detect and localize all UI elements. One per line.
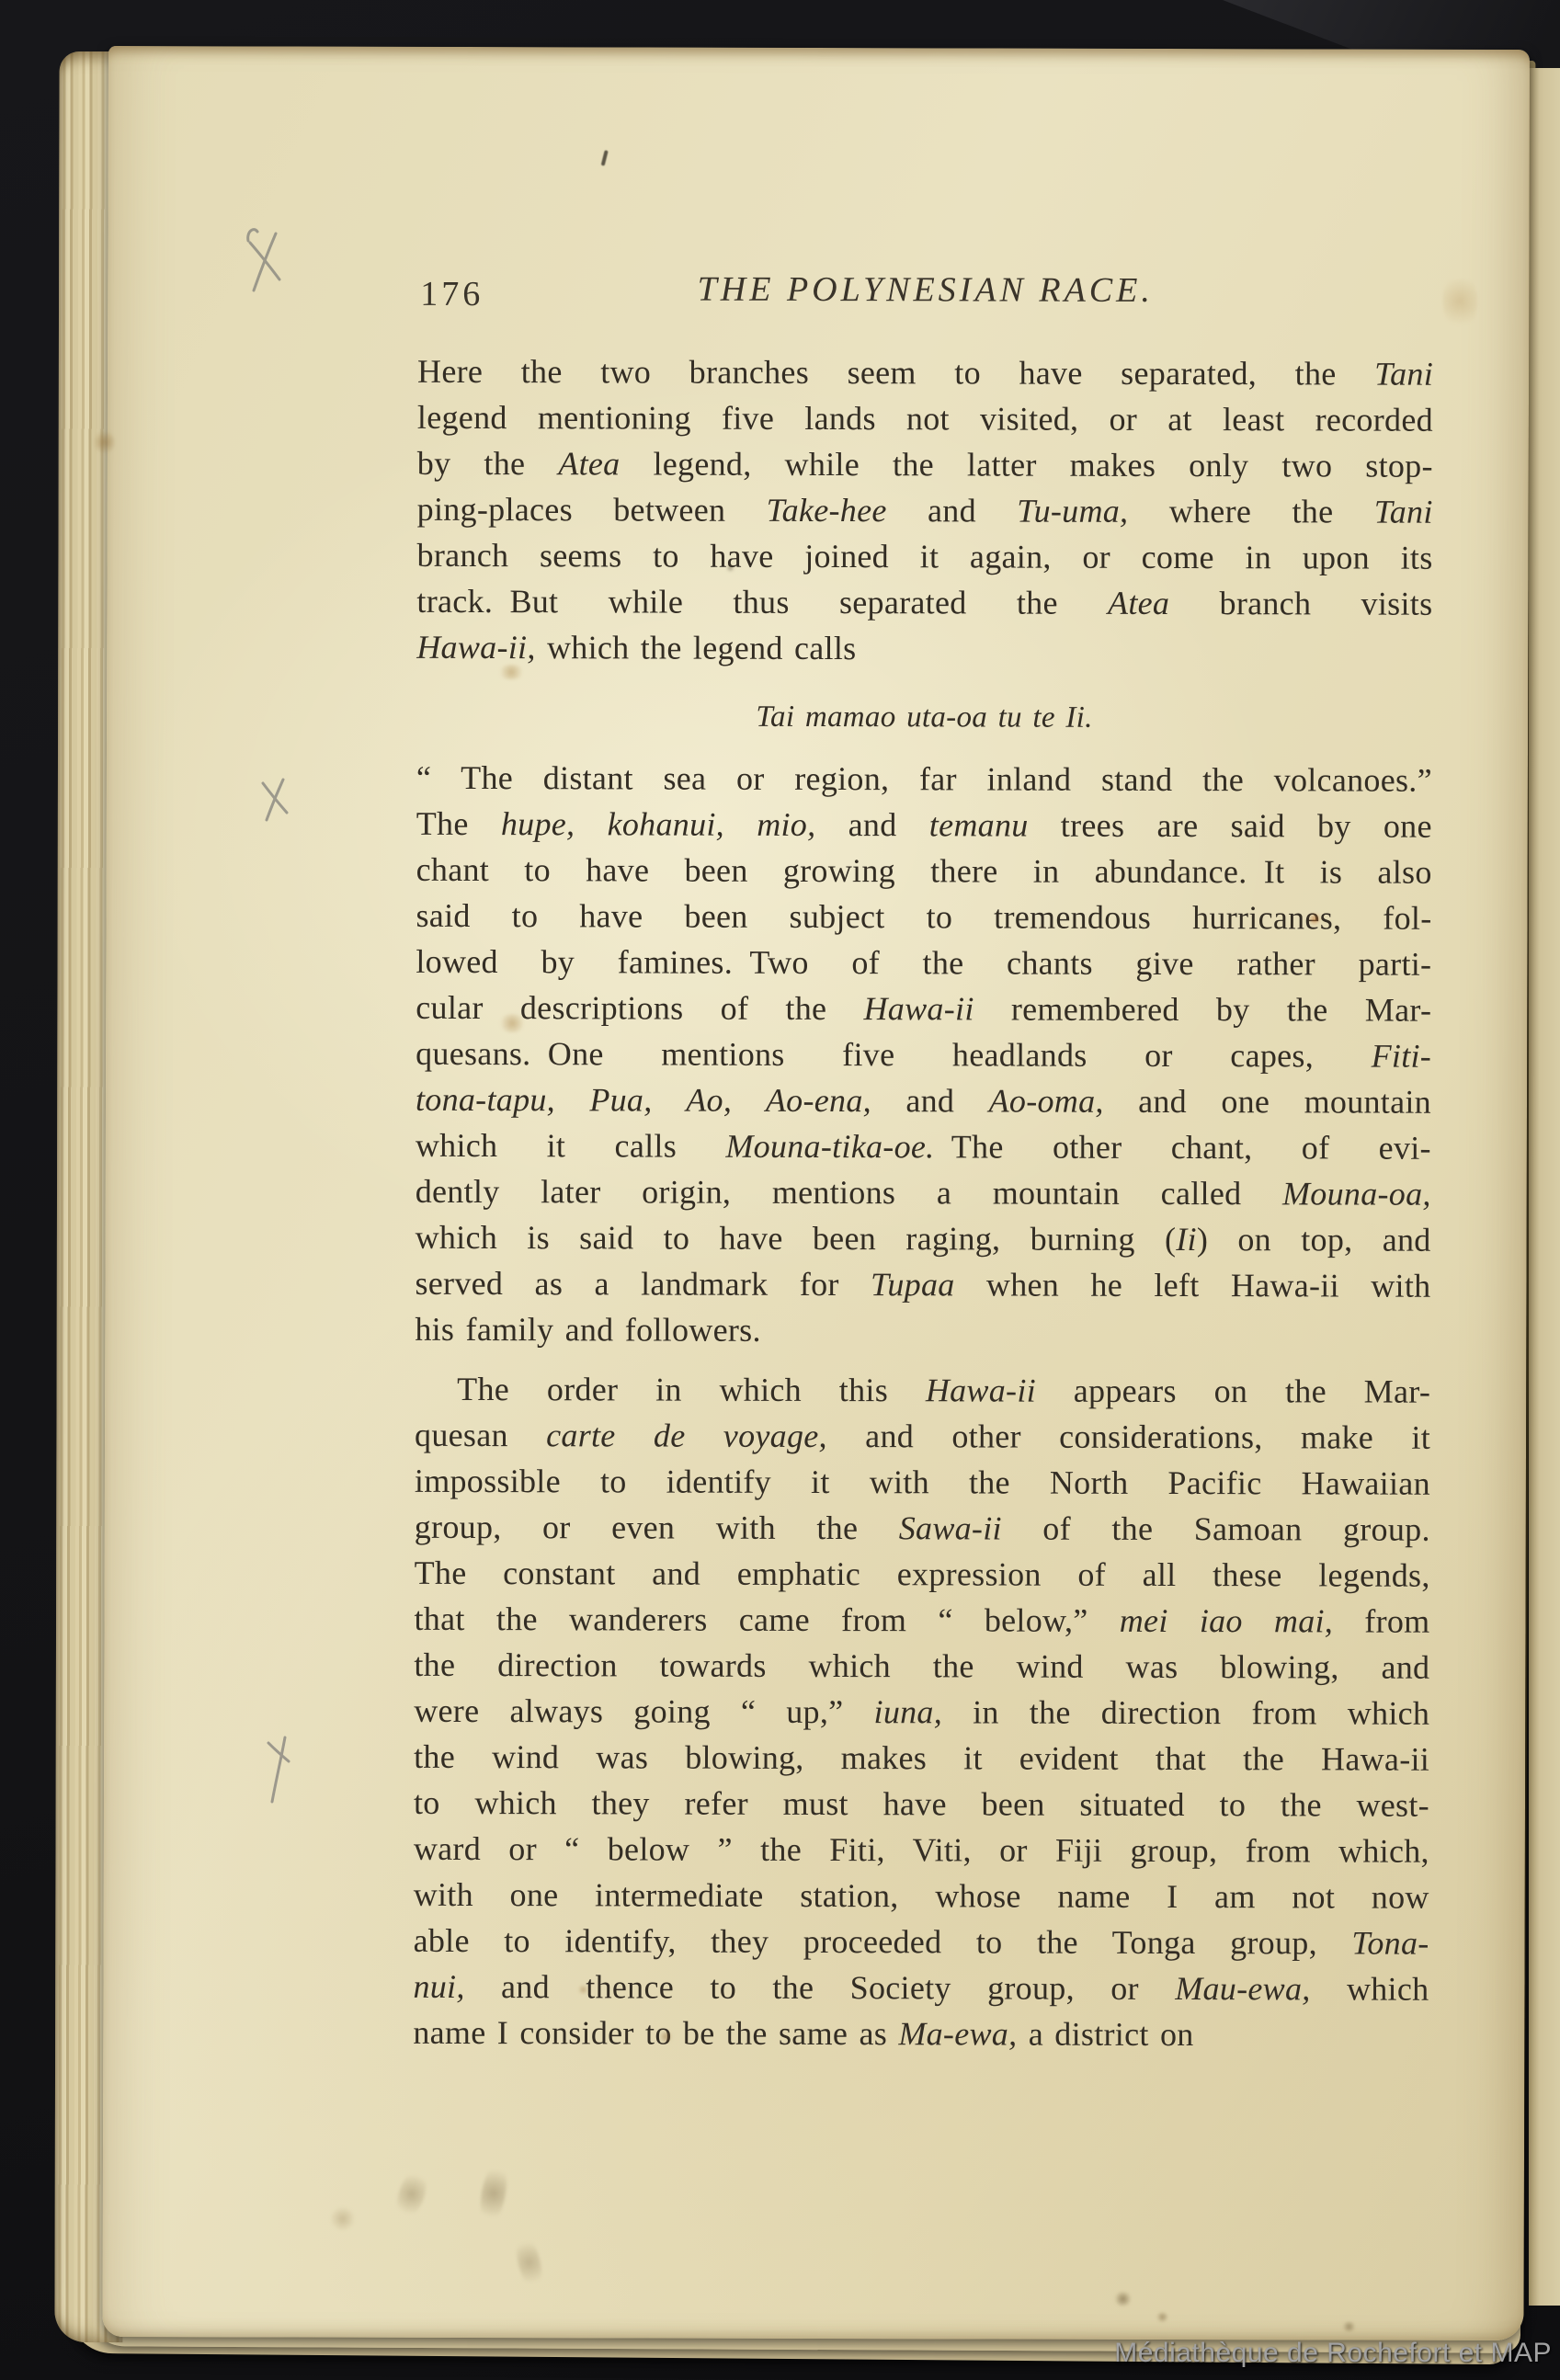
text-line: quesans. One mentions five headlands or … [416, 1031, 1431, 1079]
text-line: Tai mamao uta-oa tu te Ii. [416, 693, 1432, 742]
photo-backdrop: 176 THE POLYNESIAN RACE. Here the two br… [0, 0, 1560, 2380]
text-segment: and [815, 806, 928, 843]
text-segment: to which they refer must have been situa… [414, 1784, 1429, 1824]
text-segment: which it calls [416, 1127, 726, 1165]
text-segment: Tu-uma, [1017, 493, 1128, 530]
text-line: name I consider to be the same as Ma-ewa… [413, 2010, 1429, 2058]
smudge-stain [329, 2207, 357, 2231]
text-line: group, or even with the Sawa-ii of the S… [415, 1504, 1430, 1553]
text-line: ping-places between Take-hee and Tu-uma,… [417, 486, 1433, 535]
text-segment: “ The distant sea or region, far inland … [416, 759, 1432, 799]
text-line: the direction towards which the wind was… [414, 1642, 1429, 1691]
text-segment: and thence to the Society group, or [465, 1968, 1176, 2007]
text-segment: ) on top, and [1197, 1221, 1431, 1258]
text-segment: were always going “ up,” [414, 1692, 873, 1730]
text-segment: Atea [558, 445, 620, 482]
chant-line: Tai mamao uta-oa tu te Ii. [416, 693, 1432, 742]
text-line: cular descriptions of the Hawa-ii rememb… [416, 985, 1431, 1033]
text-segment: Tani [1374, 356, 1433, 393]
text-segment: hupe, kohanui, mio, [501, 805, 816, 843]
paragraph: The order in which this Hawa-ii appears … [413, 1366, 1430, 2058]
text-segment: The constant and emphatic expression of … [415, 1554, 1430, 1594]
text-segment: Ii [1176, 1221, 1197, 1258]
text-line: which is said to have been raging, burni… [416, 1214, 1431, 1263]
text-segment: lowed by famines. Two of the chants give… [416, 943, 1431, 983]
text-segment: cular descriptions of the [416, 989, 863, 1027]
text-segment: dently later origin, mentions a mountain… [416, 1173, 1282, 1212]
running-title: THE POLYNESIAN RACE. [417, 268, 1433, 312]
facing-page-sliver [1529, 68, 1560, 2306]
text-line: legend mentioning five lands not visited… [417, 394, 1433, 443]
text-segment: temanu [929, 806, 1029, 843]
foxing-spot [1156, 2312, 1169, 2322]
text-segment: and [887, 492, 1018, 529]
page-header: 176 THE POLYNESIAN RACE. [417, 268, 1433, 326]
text-segment: group, or even with the [415, 1509, 899, 1546]
foxing-spot [1341, 2321, 1356, 2331]
text-line: ward or “ below ” the Fiti, Viti, or Fij… [414, 1826, 1429, 1874]
foxing-spot [577, 1985, 588, 1994]
text-segment: Mau-ewa, [1175, 1970, 1310, 2007]
text-segment: Tupaa [871, 1266, 955, 1303]
text-segment: iuna, [873, 1693, 942, 1730]
text-segment: Ao-oma, [989, 1082, 1104, 1119]
text-segment: the direction towards which the wind was… [414, 1646, 1429, 1686]
text-line: able to identify, they proceeded to the … [414, 1918, 1429, 1966]
text-segment: trees are said by one [1029, 807, 1432, 845]
text-segment: quesan [415, 1417, 546, 1453]
text-line: “ The distant sea or region, far inland … [416, 755, 1432, 803]
text-segment: Mouna-tika-oe. [725, 1128, 934, 1166]
text-segment: by the [417, 445, 559, 482]
text-segment: mei iao mai, [1120, 1602, 1333, 1640]
text-segment: chant to have been growing there in abun… [416, 851, 1432, 891]
text-line: The constant and emphatic expression of … [415, 1550, 1430, 1599]
text-line: Here the two branches seem to have separ… [417, 348, 1433, 397]
text-segment: Fiti- [1372, 1038, 1432, 1075]
watermark: Médiathèque de Rochefort et MAP [1114, 2338, 1552, 2369]
text-segment: The order in which this [457, 1371, 926, 1408]
text-line: the wind was blowing, makes it evident t… [414, 1734, 1429, 1782]
pencil-x-mark [261, 1730, 298, 1807]
text-line: impossible to identify it with the North… [415, 1458, 1430, 1507]
text-segment: carte de voyage, [546, 1417, 827, 1454]
text-line: tona-tapu, Pua, Ao, Ao-ena, and Ao-oma, … [416, 1076, 1431, 1125]
text-segment: branch seems to have joined it again, or… [417, 537, 1433, 576]
text-segment: Mouna-oa, [1282, 1175, 1431, 1212]
text-segment: track. But while thus separated the [416, 583, 1108, 621]
text-segment: impossible to identify it with the North… [415, 1463, 1430, 1502]
text-line: chant to have been growing there in abun… [416, 847, 1432, 895]
text-segment: nui, [413, 1968, 464, 2005]
book-page: 176 THE POLYNESIAN RACE. Here the two br… [102, 46, 1530, 2340]
text-line: Hawa-ii, which the legend calls [416, 624, 1432, 673]
text-line: dently later origin, mentions a mountain… [416, 1168, 1431, 1217]
text-segment: served as a landmark for [415, 1265, 871, 1303]
text-segment: from [1333, 1602, 1429, 1639]
text-line: The order in which this Hawa-ii appears … [415, 1366, 1430, 1415]
text-segment: ward or “ below ” the Fiti, Viti, or Fij… [414, 1830, 1429, 1870]
text-segment: tona-tapu, Pua, Ao, Ao-ena, [416, 1081, 871, 1119]
text-line: his family and followers. [415, 1306, 1430, 1355]
pencil-x-mark [237, 221, 292, 298]
text-segment: Here the two branches seem to have separ… [417, 353, 1374, 393]
foxing-spot [1442, 272, 1477, 331]
paragraph: Here the two branches seem to have separ… [416, 348, 1433, 673]
text-segment: The other chant, of evi- [934, 1128, 1430, 1166]
text-block: 176 THE POLYNESIAN RACE. Here the two br… [412, 47, 1434, 2340]
foxing-spot [1114, 2292, 1133, 2306]
text-line: that the wanderers came from “ below,” m… [414, 1596, 1429, 1645]
text-line: served as a landmark for Tupaa when he l… [415, 1260, 1430, 1309]
text-segment: which [1311, 1970, 1429, 2007]
text-segment: Sawa-ii [899, 1509, 1002, 1546]
text-segment: which the legend calls [536, 629, 857, 666]
text-segment: Take-hee [767, 492, 887, 529]
text-segment: branch visits [1169, 585, 1432, 622]
text-segment: quesans. One mentions five headlands or … [416, 1035, 1372, 1075]
foxing-spot [497, 1014, 527, 1032]
text-segment: ping-places between [417, 491, 767, 529]
text-segment: Atea [1108, 585, 1169, 621]
foxing-spot [658, 2032, 673, 2043]
text-segment: appears on the Mar- [1036, 1372, 1430, 1410]
text-segment: said to have been subject to tremendous … [416, 897, 1431, 937]
foxing-spot [727, 564, 734, 572]
text-segment: in the direction from which [942, 1693, 1429, 1731]
text-line: which it calls Mouna-tika-oe. The other … [416, 1122, 1431, 1171]
text-segment: where the [1128, 493, 1373, 530]
text-segment: Hawa-ii [926, 1372, 1036, 1408]
text-segment: that the wanderers came from “ below,” [414, 1600, 1119, 1639]
foxing-spot [1309, 913, 1321, 925]
text-segment: of the Samoan group. [1002, 1510, 1430, 1548]
text-line: lowed by famines. Two of the chants give… [416, 939, 1431, 987]
text-segment: and one mountain [1104, 1083, 1431, 1121]
text-segment: Tani [1374, 494, 1433, 530]
text-line: said to have been subject to tremendous … [416, 893, 1431, 941]
text-segment: the wind was blowing, makes it evident t… [414, 1738, 1429, 1778]
text-line: track. But while thus separated the Atea… [416, 578, 1432, 627]
text-segment: able to identify, they proceeded to the … [414, 1922, 1352, 1962]
text-segment: and [871, 1082, 989, 1119]
text-segment: which is said to have been raging, burni… [416, 1219, 1177, 1258]
text-segment: The [416, 805, 501, 842]
text-segment: legend mentioning five lands not visited… [417, 399, 1433, 438]
foxing-spot [95, 428, 115, 456]
text-segment: Tai mamao uta-oa tu te Ii. [756, 700, 1092, 734]
text-line: were always going “ up,” iuna, in the di… [414, 1688, 1429, 1737]
text-line: quesan carte de voyage, and other consid… [415, 1412, 1430, 1461]
text-segment: Ma-ewa, [898, 2015, 1017, 2052]
text-segment: Tona- [1351, 1925, 1429, 1962]
text-line: nui, and thence to the Society group, or… [413, 1964, 1429, 2012]
text-segment: name I consider to be the same as [413, 2014, 898, 2052]
foxing-spot [496, 665, 526, 679]
text-segment: legend, while the latter makes only two … [620, 445, 1432, 484]
text-segment: his family and followers. [415, 1311, 761, 1349]
text-line: branch seems to have joined it again, or… [416, 532, 1432, 581]
text-segment: a district on [1017, 2016, 1193, 2054]
text-line: by the Atea legend, while the latter mak… [417, 440, 1433, 489]
text-segment: when he left Hawa-ii with [955, 1266, 1431, 1304]
text-segment: Hawa-ii, [416, 629, 536, 666]
text-segment: and other considerations, make it [827, 1418, 1430, 1456]
text-segment: with one intermediate station, whose nam… [414, 1876, 1429, 1916]
text-line: with one intermediate station, whose nam… [414, 1872, 1429, 1920]
text-segment: remembered by the Mar- [974, 990, 1432, 1028]
paragraph: “ The distant sea or region, far inland … [415, 755, 1432, 1355]
text-line: The hupe, kohanui, mio, and temanu trees… [416, 801, 1432, 849]
text-segment: Hawa-ii [863, 990, 974, 1027]
text-line: to which they refer must have been situa… [414, 1780, 1429, 1828]
pencil-x-mark [254, 770, 296, 826]
